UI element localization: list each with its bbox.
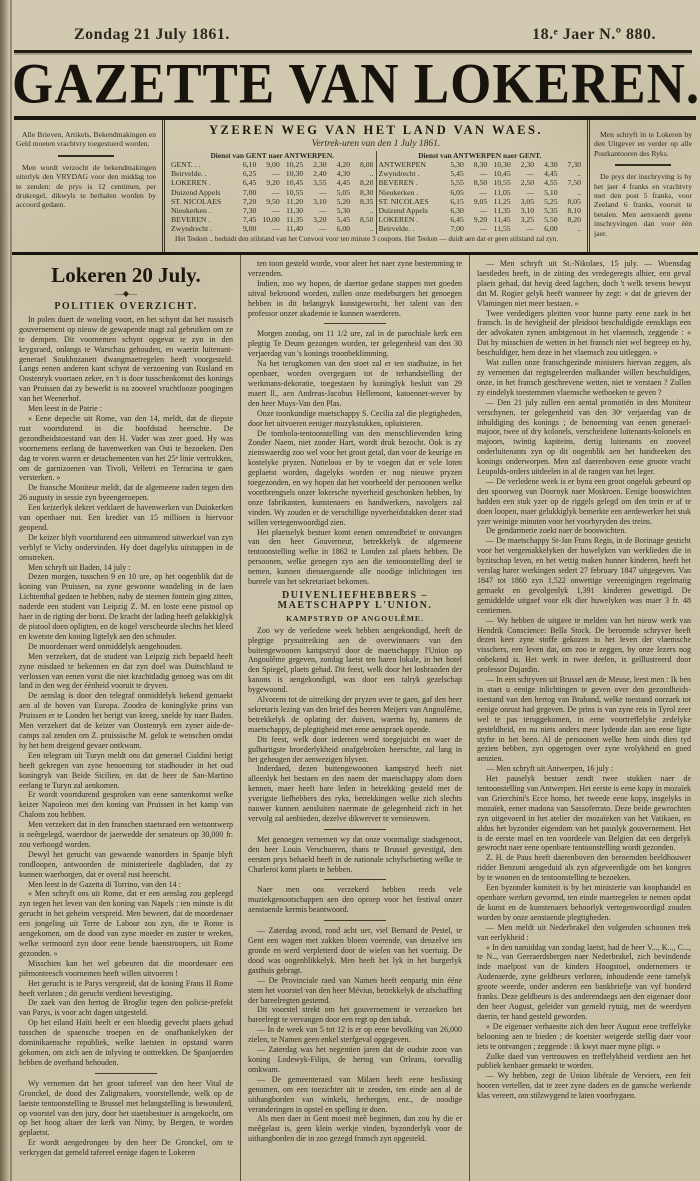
departure-time: 11,35 xyxy=(280,215,303,224)
departure-time: .. xyxy=(558,188,581,197)
departure-time: 3,20 xyxy=(303,215,326,224)
departure-time: 8,50 xyxy=(350,215,373,224)
subscription-price-notice: De prys der inschryving is by het jaer 4… xyxy=(594,172,692,238)
station-name: Duizend Appels xyxy=(379,206,441,215)
section-title: POLITIEK OVERZICHT. xyxy=(19,302,233,312)
article-paragraph: Naer men ons verzekerd hebben reeds vele… xyxy=(248,885,462,915)
article-paragraph: Op het eiland Haïti heeft er een bloedig… xyxy=(19,1018,233,1068)
departure-time: 2,40 xyxy=(303,169,326,178)
notice-and-timetable-band: Alle Brieven, Artikels, Bekendmakingen e… xyxy=(12,120,698,252)
departure-time: 9,00 xyxy=(233,224,256,233)
article-paragraph: — De verledene week is er byna een groot… xyxy=(477,477,691,527)
departure-time: 9,20 xyxy=(464,215,487,224)
article-paragraph: — Zaterdag was het negentien jaren dat d… xyxy=(248,1045,462,1075)
departure-time: 6,45 xyxy=(233,178,256,187)
departure-time: 5,30 xyxy=(440,160,463,169)
article-paragraph: Z. H. de Paus heeft daerenboven den bero… xyxy=(477,853,691,883)
station-name: Beirvelde. . xyxy=(379,224,441,233)
timetable-row: GENT. . .6,109,0010,252,304,208,00 xyxy=(171,160,374,169)
station-name: Nieukerken . xyxy=(171,206,233,215)
departure-time: — xyxy=(464,188,487,197)
article-paragraph: De aenslag is door den telegraf onmiddel… xyxy=(19,691,233,750)
article-paragraph: Zulke daed van vertrouwen en treffelykhe… xyxy=(477,1052,691,1072)
article-paragraph: Met genoegen vernemen wy dat onze voorma… xyxy=(248,835,462,875)
article-paragraph: — Wy hebben de uitgave te melden van het… xyxy=(477,616,691,675)
column-1: Lokeren 20 July.—◆—POLITIEK OVERZICHT.In… xyxy=(12,255,240,1181)
timetable-row: ST. NICOLAES6,159,0511,253,055,258,05 xyxy=(379,197,582,206)
departure-time: 2,50 xyxy=(511,178,534,187)
article-paragraph: Dewyl het gerucht van gewaende wanorders… xyxy=(19,850,233,880)
section-title: DUIVENLIEFHEBBERS – MAETSCHAPPY L'UNION. xyxy=(248,591,462,611)
article-paragraph: Wy vernemen dat het groot tafereel van d… xyxy=(19,1079,233,1138)
article-paragraph: — Men schryft uit Antwerpen, 16 july : xyxy=(477,764,691,774)
article-paragraph: Men leest in de Patrie : xyxy=(19,404,233,414)
article-paragraph: De tombola-tentoonstelling van den mensc… xyxy=(248,429,462,528)
departure-time: — xyxy=(256,206,279,215)
departure-time: — xyxy=(256,224,279,233)
departure-time: 8,50 xyxy=(464,178,487,187)
departure-time: 8,10 xyxy=(558,206,581,215)
departure-time: .. xyxy=(350,169,373,178)
top-header-row: Zondag 21 July 1861. 18.ᵉ Jaer N.º 880. xyxy=(12,0,698,48)
departure-time: 6,15 xyxy=(440,197,463,206)
departure-time: — xyxy=(303,206,326,215)
item-divider xyxy=(324,879,386,880)
article-paragraph: Er wordt aengedrongen by den heer De Gro… xyxy=(19,1138,233,1158)
column-3: — Men schryft uit St.-Nikolaes, 15 july.… xyxy=(469,255,698,1181)
departure-time: 11,30 xyxy=(280,206,303,215)
article-paragraph: — De gemeenteraed van Milaen heeft eene … xyxy=(248,1075,462,1115)
article-paragraph: In polen duert de woeling voort, en het … xyxy=(19,315,233,404)
station-name: ANTWERPEN xyxy=(379,160,441,169)
departure-time: 11,20 xyxy=(280,197,303,206)
article-paragraph: Als men daer in Gent moest meê beginnen,… xyxy=(248,1114,462,1144)
timetable-row: BEVEREN .7,4510,0011,353,205,458,50 xyxy=(171,215,374,224)
departure-time: 11,55 xyxy=(487,224,510,233)
departure-time: .. xyxy=(350,224,373,233)
issue-line: 18.ᵉ Jaer N.º 880. xyxy=(532,26,656,44)
departure-time: 9,50 xyxy=(256,197,279,206)
departure-time: 6,10 xyxy=(233,160,256,169)
departure-time: 5,05 xyxy=(327,188,350,197)
departure-time: .. xyxy=(350,206,373,215)
departure-time: .. xyxy=(558,169,581,178)
station-name: LOKEREN . xyxy=(379,215,441,224)
newspaper-page: Zondag 21 July 1861. 18.ᵉ Jaer N.º 880. … xyxy=(12,0,698,1181)
timetable-row: Zwyndrecht .5,45—10,45—4,45.. xyxy=(379,169,582,178)
item-divider xyxy=(95,1073,157,1074)
departure-time: — xyxy=(511,224,534,233)
departure-time: 11,35 xyxy=(487,206,510,215)
notice-divider xyxy=(58,155,114,157)
departure-time: 9,20 xyxy=(256,178,279,187)
departure-time: 5,45 xyxy=(327,215,350,224)
departure-time: 3,55 xyxy=(303,178,326,187)
departure-time: 10,30 xyxy=(280,169,303,178)
article-paragraph: De zaek van den hertog de Broglie tegen … xyxy=(19,998,233,1018)
departure-time: 5,55 xyxy=(440,178,463,187)
article-paragraph: Na het terugkomen van den stoet zal er t… xyxy=(248,359,462,409)
item-divider xyxy=(324,829,386,830)
departure-time: 8,20 xyxy=(558,215,581,224)
departure-time: — xyxy=(256,169,279,178)
article-paragraph: — Men schryft uit St.-Nikolaes, 15 july.… xyxy=(477,259,691,309)
departure-time: 7,50 xyxy=(558,178,581,187)
departure-time: 5,45 xyxy=(440,169,463,178)
departure-time: 6,05 xyxy=(440,188,463,197)
timetable-row: Zwyndrecht .9,00—11,40—6,00.. xyxy=(171,224,374,233)
departure-time: 4,45 xyxy=(327,178,350,187)
departure-time: 5,10 xyxy=(534,188,557,197)
departure-time: 9,00 xyxy=(256,160,279,169)
departure-time: 6,00 xyxy=(534,224,557,233)
departure-time: — xyxy=(256,188,279,197)
departure-time: 4,30 xyxy=(534,160,557,169)
departure-time: 2,30 xyxy=(303,160,326,169)
station-name: Duizend Appels xyxy=(171,188,233,197)
departure-time: 4,45 xyxy=(534,169,557,178)
timetable-gent-antwerpen: Dienst van GENT naer ANTWERPEN.GENT. . .… xyxy=(169,151,376,234)
station-name: Nieukerken . xyxy=(379,188,441,197)
departure-time: 5,50 xyxy=(534,215,557,224)
departure-time: — xyxy=(464,206,487,215)
article-paragraph: — Zaterdag avond, rond acht uer, viel Be… xyxy=(248,926,462,976)
departure-time: 7,00 xyxy=(233,188,256,197)
article-paragraph: — In een schryven uit Brussel aen de Meu… xyxy=(477,675,691,764)
article-paragraph: Men verzekert dat in den franschen staet… xyxy=(19,820,233,850)
article-paragraph: De gendarmerie zoekt naer de booswichten… xyxy=(477,526,691,536)
departure-time: 10,25 xyxy=(280,160,303,169)
article-paragraph: « Men schryft ons uit Rome, dat er een a… xyxy=(19,889,233,958)
article-paragraph: De moordenaer werd onmiddelyk aengehoude… xyxy=(19,642,233,652)
article-paragraph: Er wordt voortdurend gesproken van eene … xyxy=(19,790,233,820)
article-paragraph: Wat zullen onze franschgezinde ministers… xyxy=(477,358,691,398)
article-paragraph: — De Provinciale raed van Namen heeft ee… xyxy=(248,976,462,1006)
departure-time: 3,05 xyxy=(511,197,534,206)
departure-time: — xyxy=(303,188,326,197)
departure-time: 10,55 xyxy=(487,178,510,187)
departure-time: 7,20 xyxy=(233,197,256,206)
departure-time: 5,30 xyxy=(327,206,350,215)
timetable-direction-header: Dienst van ANTWERPEN naer GENT. xyxy=(379,151,582,160)
article-paragraph: De fransche Moniteur meldt, dat de algem… xyxy=(19,483,233,503)
departure-time: 11,25 xyxy=(487,197,510,206)
departure-time: — xyxy=(303,224,326,233)
timetable-row: Nieukerken .6,05—11,05—5,10.. xyxy=(379,188,582,197)
station-name: BEVEREN . xyxy=(171,215,233,224)
departure-time: 7,30 xyxy=(233,206,256,215)
timetable-row: Duizend Appels7,00—10,55—5,058,30 xyxy=(171,188,374,197)
timetable-subtitle: Vertrek-uren van den 1 July 1861. xyxy=(169,139,583,149)
timetable-antwerpen-gent: Dienst van ANTWERPEN naer GENT.ANTWERPEN… xyxy=(376,151,584,234)
departure-time: — xyxy=(464,169,487,178)
article-paragraph: Indien, zoo wy hopen, de daertoe gedane … xyxy=(248,279,462,319)
departure-time: 3,10 xyxy=(303,197,326,206)
article-paragraph: Twee verdedigers pleitten voor hunne par… xyxy=(477,309,691,359)
timetable-tables: Dienst van GENT naer ANTWERPEN.GENT. . .… xyxy=(169,151,583,234)
departure-time: 11,45 xyxy=(487,215,510,224)
article-paragraph: Morgen zondag, om 11 1/2 ure, zal in de … xyxy=(248,329,462,359)
date-line: Zondag 21 July 1861. xyxy=(74,26,230,44)
right-notices: Men schryft in te Lokeren by den Uitgeve… xyxy=(590,120,698,252)
departure-time: 10,00 xyxy=(256,215,279,224)
article-paragraph: Dit feest, welk door iedereen werd toege… xyxy=(248,735,462,765)
station-name: GENT. . . xyxy=(171,160,233,169)
departure-time: 8,35 xyxy=(350,197,373,206)
ornament-divider: —◆— xyxy=(19,289,233,298)
article-paragraph: Dit voorstel strekt om het gouvernement … xyxy=(248,1005,462,1025)
departure-time: 7,45 xyxy=(233,215,256,224)
section-subtitle: KAMPSTRYD OP ANGOULÊME. xyxy=(248,614,462,624)
scan-left-edge xyxy=(0,0,10,1181)
timetable-row: Duizend Appels6,30—11,353,105,358,10 xyxy=(379,206,582,215)
timetable-row: LOKEREN .6,459,2010,453,554,458,20 xyxy=(171,178,374,187)
article-paragraph: Men schryft uit Baden, 14 july : xyxy=(19,563,233,573)
item-divider xyxy=(324,323,386,324)
departure-time: — xyxy=(511,169,534,178)
article-paragraph: Het gerucht is te Parys verspreid, dat d… xyxy=(19,979,233,999)
article-paragraph: Men verzekert, dat de student van Leipzi… xyxy=(19,652,233,692)
station-name: Zwyndrecht . xyxy=(379,169,441,178)
timetable-title: YZEREN WEG VAN HET LAND VAN WAES. xyxy=(169,123,583,138)
article-paragraph: Het plaetselyk bestuer komt eenen omzend… xyxy=(248,528,462,587)
departure-time: 5,20 xyxy=(327,197,350,206)
notice-divider xyxy=(615,164,671,166)
departure-time: 10,45 xyxy=(280,178,303,187)
timetable-row: LOKEREN .6,459,2011,453,255,508,20 xyxy=(379,215,582,224)
departure-time: 3,10 xyxy=(511,206,534,215)
submission-notice: Alle Brieven, Artikels, Bekendmakingen e… xyxy=(16,130,156,149)
article-paragraph: — Men meldt uit Nederbrakel den volgende… xyxy=(477,923,691,943)
article-paragraph: Het pauselyk bestuer zendt twee stukken … xyxy=(477,774,691,853)
departure-time: .. xyxy=(558,224,581,233)
timetable-row: ANTWERPEN5,308,3010,302,304,307,30 xyxy=(379,160,582,169)
article-paragraph: — De maetschappy St-Jan Frans Regis, in … xyxy=(477,536,691,615)
departure-time: 5,35 xyxy=(534,206,557,215)
timetable-row: Nieukerken .7,30—11,30—5,30.. xyxy=(171,206,374,215)
departure-time: 3,25 xyxy=(511,215,534,224)
article-paragraph: « Eene depeche uit Rome, van den 14, mel… xyxy=(19,414,233,483)
dateline-heading: Lokeren 20 July. xyxy=(19,263,233,287)
station-name: Zwyndrecht . xyxy=(171,224,233,233)
departure-time: 6,30 xyxy=(440,206,463,215)
article-paragraph: Een keizerlyk dekret verklaert de havenw… xyxy=(19,503,233,533)
departure-time: 10,55 xyxy=(280,188,303,197)
article-paragraph: De keizer blyft voortdurend een uitmunte… xyxy=(19,533,233,563)
article-paragraph: Men leest in de Gazetta di Torrino, van … xyxy=(19,880,233,890)
departure-time: 5,25 xyxy=(534,197,557,206)
left-notices: Alle Brieven, Artikels, Bekendmakingen e… xyxy=(12,120,162,252)
subscription-notice: Men schryft in te Lokeren by den Uitgeve… xyxy=(594,130,692,158)
departure-time: 7,00 xyxy=(440,224,463,233)
departure-time: 6,00 xyxy=(327,224,350,233)
departure-time: 10,45 xyxy=(487,169,510,178)
article-paragraph: Een byzonder komiteit is by het minister… xyxy=(477,883,691,923)
station-name: Beirvelde. . xyxy=(171,169,233,178)
departure-time: 2,30 xyxy=(511,160,534,169)
railway-timetable: YZEREN WEG VAN HET LAND VAN WAES. Vertre… xyxy=(162,120,590,252)
departure-time: 8,00 xyxy=(350,160,373,169)
article-paragraph: — In de week van 5 tot 12 is er op eene … xyxy=(248,1025,462,1045)
timetable-row: Beirvelde. .7,00—11,55—6,00.. xyxy=(379,224,582,233)
article-paragraph: Misschien kan het wel gebeuren dat die m… xyxy=(19,959,233,979)
departure-time: 4,30 xyxy=(327,169,350,178)
article-paragraph: Zoo wy de verledene week hebben aengekon… xyxy=(248,626,462,695)
station-name: BEVEREN . xyxy=(379,178,441,187)
timetable-row: ST. NICOLAES7,209,5011,203,105,208,35 xyxy=(171,197,374,206)
timetable-row: Beirvelde. .6,25—10,302,404,30.. xyxy=(171,169,374,178)
station-name: ST. NICOLAES xyxy=(379,197,441,206)
article-paragraph: ten toon gesteld worde, voor aleer het n… xyxy=(248,259,462,279)
article-paragraph: Inderdaed, dezen buitengewoonen kampstry… xyxy=(248,764,462,823)
departure-time: 8,05 xyxy=(558,197,581,206)
station-name: ST. NICOLAES xyxy=(171,197,233,206)
article-paragraph: Onze toonkundige maetschappy S. Cecilia … xyxy=(248,409,462,429)
departure-time: 6,25 xyxy=(233,169,256,178)
departure-time: 7,30 xyxy=(558,160,581,169)
article-paragraph: « In den namiddag van zondag laetst, had… xyxy=(477,943,691,1022)
departure-time: 9,05 xyxy=(464,197,487,206)
article-columns: Lokeren 20 July.—◆—POLITIEK OVERZICHT.In… xyxy=(12,255,698,1181)
timetable-footnote: Het Teeken .. beduidt den stilstand van … xyxy=(169,234,583,244)
departure-time: 6,45 xyxy=(440,215,463,224)
timetable-row: BEVEREN .5,558,5010,552,504,557,50 xyxy=(379,178,582,187)
departure-time: 10,30 xyxy=(487,160,510,169)
article-paragraph: Dezen morgen, tusschen 9 en 10 ure, op h… xyxy=(19,572,233,641)
article-paragraph: — Wy hebben, zegt de Union libérale de V… xyxy=(477,1071,691,1101)
departure-time: 4,55 xyxy=(534,178,557,187)
article-paragraph: — Den 21 july zullen een aental promotië… xyxy=(477,398,691,477)
departure-time: — xyxy=(511,188,534,197)
advert-price-notice: Men wordt verzocht de bekendmakingen uit… xyxy=(16,163,156,210)
departure-time: 8,30 xyxy=(464,160,487,169)
masthead-title: GAZETTE VAN LOKEREN. xyxy=(12,53,698,116)
timetable-direction-header: Dienst van GENT naer ANTWERPEN. xyxy=(171,151,374,160)
departure-time: 11,40 xyxy=(280,224,303,233)
departure-time: — xyxy=(464,224,487,233)
station-name: LOKEREN . xyxy=(171,178,233,187)
article-paragraph: Alvorens tot de uitreiking der pryzen ov… xyxy=(248,695,462,735)
departure-time: 11,05 xyxy=(487,188,510,197)
item-divider xyxy=(324,920,386,921)
article-paragraph: Een telegram uit Turyn meldt ons dat gen… xyxy=(19,751,233,791)
departure-time: 8,30 xyxy=(350,188,373,197)
departure-time: 8,20 xyxy=(350,178,373,187)
article-paragraph: » De eigenaer verhaestte zich den heer A… xyxy=(477,1022,691,1052)
column-2: ten toon gesteld worde, voor aleer het n… xyxy=(240,255,469,1181)
departure-time: 4,20 xyxy=(327,160,350,169)
